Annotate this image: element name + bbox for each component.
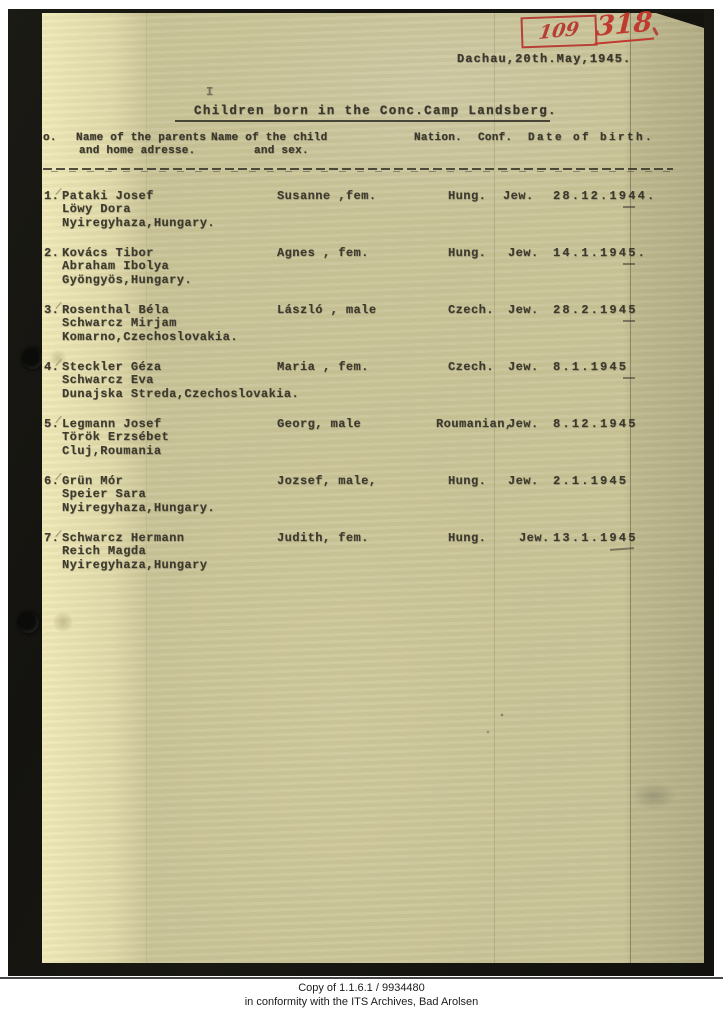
footer-divider (0, 977, 723, 979)
parent-line: Nyiregyhaza,Hungary (62, 559, 207, 572)
conf-cell: Jew. (508, 247, 539, 260)
child-cell: Susanne ,fem. (277, 190, 376, 203)
scanned-document-page: 109 318 Dachau,20th.May,1945. I Children… (0, 0, 723, 1024)
hole-punch-bottom (18, 612, 39, 633)
date-cell: 14.1.1945. (553, 247, 647, 260)
document-title: Children born in the Conc.Camp Landsberg… (194, 104, 557, 118)
date-cell: 8.1.1945 (553, 361, 628, 374)
date-cell: 2.1.1945 (553, 475, 628, 488)
red-tick-mark (652, 27, 658, 36)
row-number: 5. (44, 418, 59, 431)
pencil-check-mark: / (54, 300, 63, 314)
torn-corner (656, 13, 704, 28)
column-header-child: Name of the child (211, 132, 327, 144)
conf-cell: Jew. (508, 304, 539, 317)
parents-cell: Rosenthal BélaSchwarcz MirjamKomarno,Cze… (62, 304, 238, 344)
fold-crease (630, 13, 631, 963)
parent-line: Dunajska Streda,Czechoslovakia. (62, 388, 299, 401)
parents-cell: Schwarcz HermannReich MagdaNyiregyhaza,H… (62, 532, 207, 572)
fold-crease-faint (494, 13, 495, 963)
nation-cell: Hung. (448, 475, 486, 488)
column-header-nation: Nation. (414, 132, 462, 144)
pencil-check-mark: / (54, 528, 63, 542)
table-rows: 1./Pataki JosefLöwy DoraNyiregyhaza,Hung… (42, 190, 704, 610)
archive-footer: Copy of 1.1.6.1 / 9934480 in conformity … (0, 982, 723, 1009)
row-number: 2. (44, 247, 59, 260)
date-cell: 8.12.1945 (553, 418, 638, 431)
column-header-sex: and sex. (254, 145, 309, 157)
hole-punch-top (22, 348, 43, 369)
table-row: 5./Legmann JosefTörök ErzsébetCluj,Rouma… (42, 418, 704, 475)
child-cell: Agnes , fem. (277, 247, 369, 260)
parent-line: Löwy Dora (62, 203, 215, 216)
parent-line: Török Erzsébet (62, 431, 169, 444)
nation-cell: Hung. (448, 190, 486, 203)
child-cell: Jozsef, male, (277, 475, 376, 488)
column-header-date: Date of birth. (528, 132, 654, 144)
header-separator-line (43, 168, 673, 170)
conf-cell: Jew. (503, 190, 534, 203)
row-number: 3. (44, 304, 59, 317)
row-number: 4. (44, 361, 59, 374)
parent-line: Gyöngyös,Hungary. (62, 274, 192, 287)
parent-line: Kovács Tibor (62, 247, 192, 260)
pencil-dash-mark (623, 263, 635, 265)
nation-cell: Roumanian, (436, 418, 513, 431)
parents-cell: Kovács TiborAbraham IbolyaGyöngyös,Hunga… (62, 247, 192, 287)
conf-cell: Jew. (508, 418, 539, 431)
column-header-adresse: and home adresse. (79, 145, 195, 157)
pencil-check-mark: / (54, 471, 63, 485)
child-cell: László , male (277, 304, 376, 317)
date-cell: 13.1.1945 (553, 532, 638, 545)
child-cell: Georg, male (277, 418, 361, 431)
parent-line: Steckler Géza (62, 361, 299, 374)
footer-copy-reference: Copy of 1.1.6.1 / 9934480 (0, 982, 723, 996)
pencil-dash-mark (623, 320, 635, 322)
table-row: 2.Kovács TiborAbraham IbolyaGyöngyös,Hun… (42, 247, 704, 304)
column-header-no: o. (43, 132, 57, 144)
footer-conformity-note: in conformity with the ITS Archives, Bad… (0, 996, 723, 1010)
nation-cell: Hung. (448, 532, 486, 545)
parents-cell: Steckler GézaSchwarcz EvaDunajska Streda… (62, 361, 299, 401)
pencil-check-mark: / (54, 414, 63, 428)
parent-line: Rosenthal Béla (62, 304, 238, 317)
parent-line: Cluj,Roumania (62, 445, 169, 458)
parent-line: Komarno,Czechoslovakia. (62, 331, 238, 344)
table-row: 4./Steckler GézaSchwarcz EvaDunajska Str… (42, 361, 704, 418)
annotation-i: I (206, 85, 213, 99)
date-cell: 28.12.1944. (553, 190, 656, 203)
parent-line: Schwarcz Mirjam (62, 317, 238, 330)
parents-cell: Grün MórSpeier SaraNyiregyhaza,Hungary. (62, 475, 215, 515)
pencil-check-mark: / (54, 186, 63, 200)
pencil-dash-mark (610, 547, 634, 550)
parent-line: Abraham Ibolya (62, 260, 192, 273)
stamp-number: 109 (537, 18, 580, 44)
paper-sheet: 109 318 Dachau,20th.May,1945. I Children… (42, 13, 704, 963)
pencil-dash-mark (623, 206, 635, 208)
parent-line: Nyiregyhaza,Hungary. (62, 217, 215, 230)
page-number-annotation: 318 (594, 7, 656, 45)
nation-cell: Hung. (448, 247, 486, 260)
title-underline (175, 120, 550, 122)
parent-line: Grün Mór (62, 475, 215, 488)
date-cell: 28.2.1945 (553, 304, 638, 317)
conf-cell: Jew. (519, 532, 550, 545)
parent-line: Nyiregyhaza,Hungary. (62, 502, 215, 515)
conf-cell: Jew. (508, 361, 539, 374)
parents-cell: Legmann JosefTörök ErzsébetCluj,Roumania (62, 418, 169, 458)
table-row: 7./Schwarcz HermannReich MagdaNyiregyhaz… (42, 532, 704, 589)
column-header-conf: Conf. (478, 132, 512, 144)
conf-cell: Jew. (508, 475, 539, 488)
pencil-dash-mark (623, 377, 635, 379)
fold-crease-faint-left (146, 13, 147, 963)
column-header-parents: Name of the parents . (76, 132, 220, 144)
row-number: 6. (44, 475, 59, 488)
nation-cell: Czech. (448, 361, 494, 374)
parent-line: Pataki Josef (62, 190, 215, 203)
red-stamp-box: 109 (520, 15, 597, 49)
parent-line: Legmann Josef (62, 418, 169, 431)
parents-cell: Pataki JosefLöwy DoraNyiregyhaza,Hungary… (62, 190, 215, 230)
parent-line: Reich Magda (62, 545, 207, 558)
table-row: 6./Grün MórSpeier SaraNyiregyhaza,Hungar… (42, 475, 704, 532)
parent-line: Speier Sara (62, 488, 215, 501)
parent-line: Schwarcz Eva (62, 374, 299, 387)
child-cell: Judith, fem. (277, 532, 369, 545)
pencil-check-mark: / (54, 357, 63, 371)
header-separator-line-2 (46, 171, 672, 172)
nation-cell: Czech. (448, 304, 494, 317)
row-number: 1. (44, 190, 59, 203)
table-row: 1./Pataki JosefLöwy DoraNyiregyhaza,Hung… (42, 190, 704, 247)
row-number: 7. (44, 532, 59, 545)
parent-line: Schwarcz Hermann (62, 532, 207, 545)
table-row: 3./Rosenthal BélaSchwarcz MirjamKomarno,… (42, 304, 704, 361)
child-cell: Maria , fem. (277, 361, 369, 374)
dateline: Dachau,20th.May,1945. (457, 52, 631, 66)
